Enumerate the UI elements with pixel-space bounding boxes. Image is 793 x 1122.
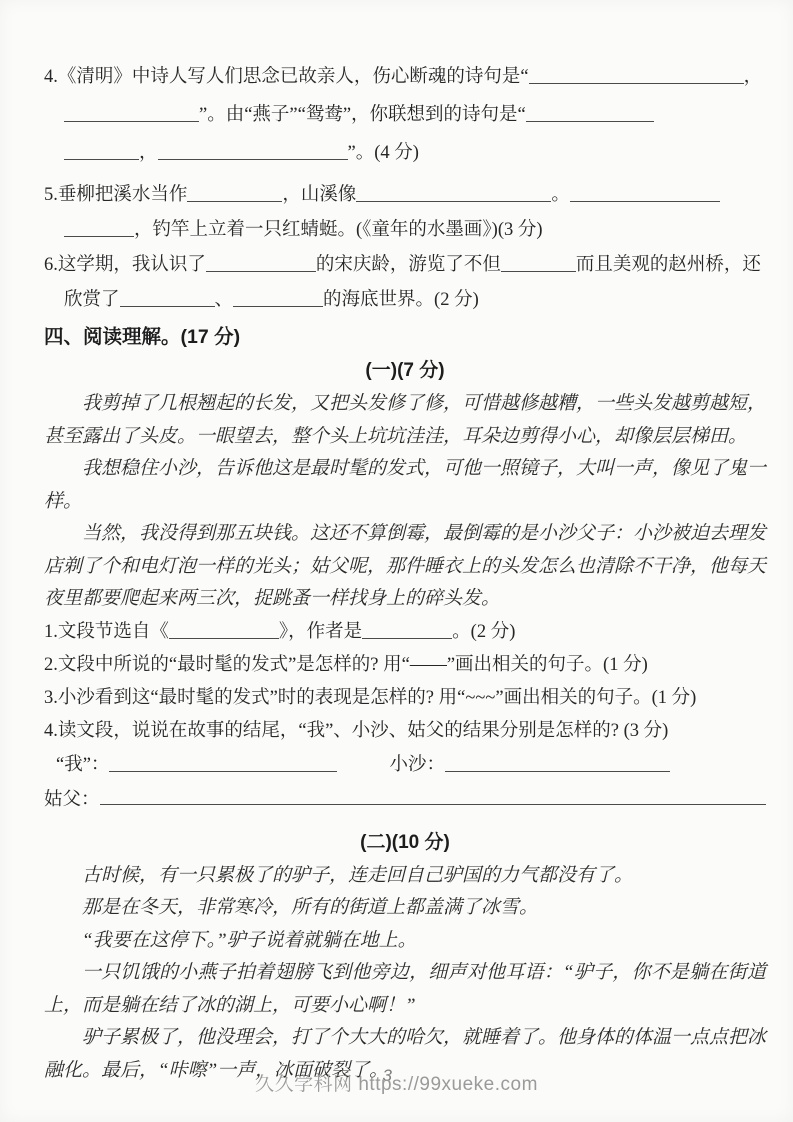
reading-1-passage: 我剪掉了几根翘起的长发，又把头发修了修，可惜越修越糟，一些头发越剪越短，甚至露出… (44, 388, 766, 616)
blank-line (526, 106, 654, 122)
reading-2-paragraph: 古时候，有一只累极了的驴子，连走回自己驴国的力气都没有了。 (44, 860, 766, 893)
question-6: 6.这学期，我认识了的宋庆龄，游览了不但而且美观的赵州桥，还 欣赏了、的海底世界… (44, 248, 766, 318)
reading-2-passage: 古时候，有一只累极了的驴子，连走回自己驴国的力气都没有了。 那是在冬天，非常寒冷… (44, 860, 766, 1088)
section-4-title: 四、阅读理解。(17 分) (44, 320, 766, 354)
question-5-text-1: 5.垂柳把溪水当作 (44, 185, 187, 205)
reading-1-question-3: 3.小沙看到这“最时髦的发式”时的表现是怎样的? 用“~~~”画出相关的句子。(… (44, 682, 766, 715)
question-4-text-5: ”。(4 分) (348, 143, 419, 163)
question-4-text-2: ， (744, 67, 763, 87)
blank-line (64, 106, 199, 122)
page-footer: 3 久久学科网 https://99xueke.com (0, 1069, 793, 1096)
reading-1-paragraph: 当然，我没得到那五块钱。这还不算倒霉，最倒霉的是小沙父子：小沙被迫去理发店剃了个… (44, 518, 766, 616)
blank-line (362, 623, 452, 639)
question-4-text-4: ， (139, 143, 158, 163)
question-4-text-3: ”。由“燕子”“鸳鸯”，你联想到的诗句是“ (199, 105, 526, 125)
reading-1-question-1-text-3: 。(2 分) (452, 622, 515, 642)
reading-1-answer-row-2: 姑父： (44, 783, 766, 818)
reading-2-heading: (二)(10 分) (44, 826, 766, 860)
answer-me-label: “我”： (56, 755, 109, 775)
question-5-line-2: ，钓竿上立着一只红蜻蜓。(《童年的水墨画》)(3 分) (44, 213, 766, 248)
answer-xiaosha-label: 小沙： (389, 755, 445, 775)
question-4-line-1: 4.《清明》中诗人写人们思念已故亲人，伤心断魂的诗句是“， (44, 58, 766, 96)
blank-line (570, 186, 720, 202)
exam-page: 4.《清明》中诗人写人们思念已故亲人，伤心断魂的诗句是“， ”。由“燕子”“鸳鸯… (0, 0, 793, 1122)
question-4-line-3: ，”。(4 分) (44, 134, 766, 172)
reading-1-question-1: 1.文段节选自《》，作者是。(2 分) (44, 616, 766, 649)
question-4-text-1: 4.《清明》中诗人写人们思念已故亲人，伤心断魂的诗句是“ (44, 67, 529, 87)
question-6-line-2: 欣赏了、的海底世界。(2 分) (44, 283, 766, 318)
answer-xiaosha: 小沙： (389, 755, 670, 775)
blank-line (100, 789, 766, 805)
question-4-line-2: ”。由“燕子”“鸳鸯”，你联想到的诗句是“ (44, 96, 766, 134)
blank-line (120, 291, 215, 307)
question-6-line-1: 6.这学期，我认识了的宋庆龄，游览了不但而且美观的赵州桥，还 (44, 248, 766, 283)
question-6-text-4: 欣赏了 (64, 290, 120, 310)
reading-1-heading: (一)(7 分) (44, 354, 766, 388)
blank-line (501, 256, 576, 272)
reading-1-paragraph: 我想稳住小沙，告诉他这是最时髦的发式，可他一照镜子，大叫一声，像见了鬼一样。 (44, 453, 766, 518)
blank-line (64, 221, 134, 237)
reading-2-paragraph: 一只饥饿的小燕子拍着翅膀飞到他旁边，细声对他耳语：“驴子，你不是躺在街道上，而是… (44, 957, 766, 1022)
blank-line (187, 186, 282, 202)
question-6-text-1: 6.这学期，我认识了 (44, 255, 206, 275)
reading-1-question-4: 4.读文段，说说在故事的结尾，“我”、小沙、姑父的结果分别是怎样的? (3 分) (44, 715, 766, 748)
question-5-text-2: ，山溪像 (282, 185, 356, 205)
question-6-text-3: 而且美观的赵州桥，还 (576, 255, 761, 275)
answer-me: “我”： (56, 755, 337, 775)
question-6-text-5: 、 (215, 290, 234, 310)
exam-content: 4.《清明》中诗人写人们思念已故亲人，伤心断魂的诗句是“， ”。由“燕子”“鸳鸯… (44, 58, 766, 1087)
watermark-text: 久久学科网 https://99xueke.com (255, 1074, 538, 1095)
blank-line (529, 68, 744, 84)
blank-line (206, 256, 316, 272)
reading-1-answer-row-1: “我”：小沙： (44, 748, 766, 783)
answer-gufu-label: 姑父： (44, 783, 100, 818)
blank-line (169, 623, 279, 639)
reading-1-question-2: 2.文段中所说的“最时髦的发式”是怎样的? 用“——”画出相关的句子。(1 分) (44, 649, 766, 682)
reading-2-paragraph: 那是在冬天，非常寒冷，所有的街道上都盖满了冰雪。 (44, 892, 766, 925)
reading-1-question-1-text-1: 1.文段节选自《 (44, 622, 169, 642)
question-5-text-3: 。 (551, 185, 570, 205)
question-6-text-6: 的海底世界。(2 分) (323, 290, 479, 310)
reading-1-paragraph: 我剪掉了几根翘起的长发，又把头发修了修，可惜越修越糟，一些头发越剪越短，甚至露出… (44, 388, 766, 453)
blank-line (64, 144, 139, 160)
reading-2-paragraph: “我要在这停下。”驴子说着就躺在地上。 (44, 925, 766, 958)
blank-line (233, 291, 323, 307)
blank-line (158, 144, 348, 160)
question-6-text-2: 的宋庆龄，游览了不但 (316, 255, 501, 275)
reading-1-question-1-text-2: 》，作者是 (279, 622, 362, 642)
question-5: 5.垂柳把溪水当作，山溪像。 ，钓竿上立着一只红蜻蜓。(《童年的水墨画》)(3 … (44, 178, 766, 248)
blank-line (356, 186, 551, 202)
question-5-text-4: ，钓竿上立着一只红蜻蜓。(《童年的水墨画》)(3 分) (134, 220, 543, 240)
question-5-line-1: 5.垂柳把溪水当作，山溪像。 (44, 178, 766, 213)
blank-line (445, 756, 670, 772)
blank-line (109, 756, 337, 772)
question-4: 4.《清明》中诗人写人们思念已故亲人，伤心断魂的诗句是“， ”。由“燕子”“鸳鸯… (44, 58, 766, 172)
reading-1-questions: 1.文段节选自《》，作者是。(2 分) 2.文段中所说的“最时髦的发式”是怎样的… (44, 616, 766, 818)
